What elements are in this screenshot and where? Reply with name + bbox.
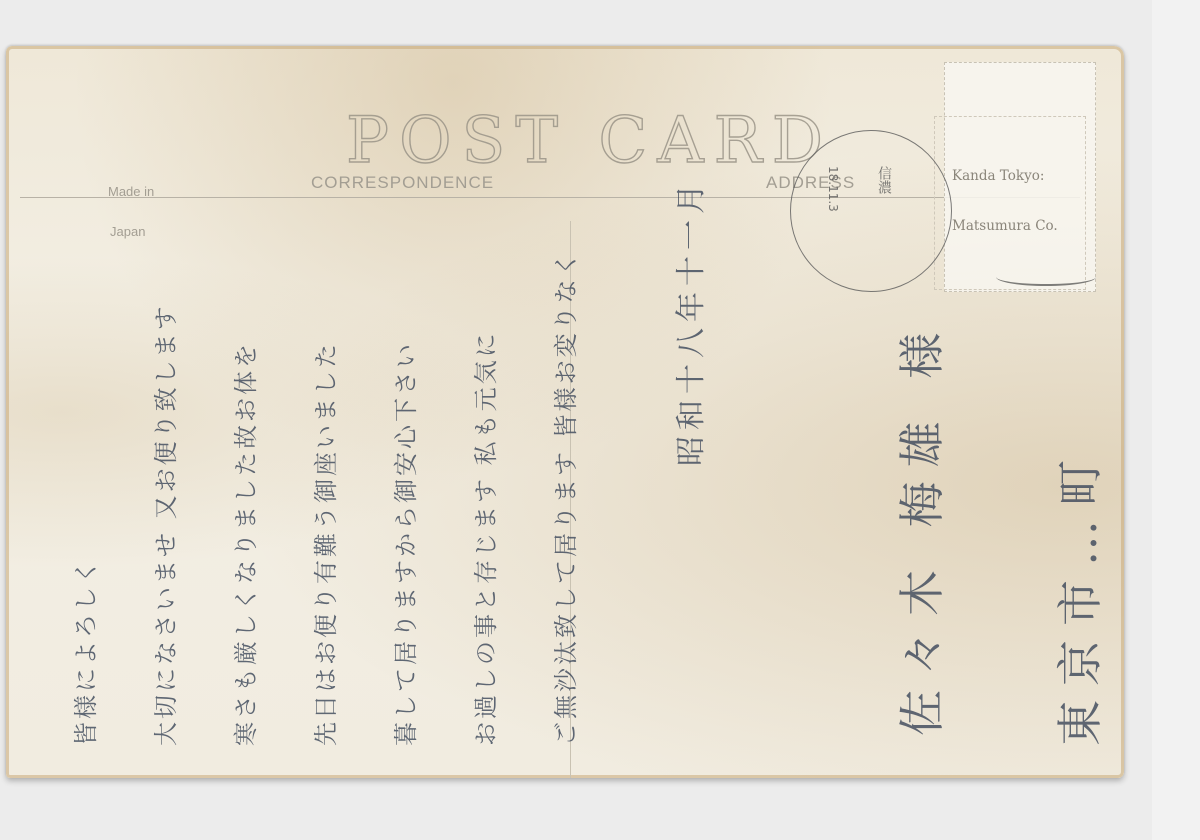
- background-margin: [1152, 0, 1200, 840]
- correspondence-label: CORRESPONDENCE: [311, 173, 494, 193]
- country-label: Japan: [110, 224, 145, 239]
- message-line: お過しの事と存じます 私も元気に: [466, 330, 501, 746]
- publisher-name: Matsumura Co.: [952, 218, 1058, 234]
- postmark-date: 18.11.3: [826, 166, 840, 212]
- postcard: POST CARD CORRESPONDENCE ADDRESS Made in…: [6, 46, 1124, 778]
- postmark-icon: [790, 130, 952, 292]
- message-line: 暮して居りますから御安心下さい: [386, 341, 421, 746]
- date-line: 昭和十八年十一月: [666, 178, 710, 466]
- message-line: 皆様によろしく: [66, 557, 101, 746]
- message-line: 寒さも厳しくなりました故お体を: [226, 341, 261, 746]
- publisher-city: Kanda Tokyo:: [952, 168, 1044, 184]
- recipient-address: 東京市…町: [1044, 446, 1110, 746]
- message-line: ご無沙汰致して居ります 皆様お変りなく: [546, 249, 581, 746]
- message-line: 先日はお便り有難う御座いました: [306, 341, 341, 746]
- cancel-mark: [996, 268, 1096, 286]
- message-line: 大切になさいませ 又お便り致します: [146, 303, 181, 746]
- recipient-name: 佐々木 梅雄 様: [886, 319, 952, 736]
- stamp-box-outline: [934, 116, 1086, 290]
- postcard-title: POST CARD: [346, 104, 833, 178]
- postmark-text: 信濃: [874, 166, 894, 194]
